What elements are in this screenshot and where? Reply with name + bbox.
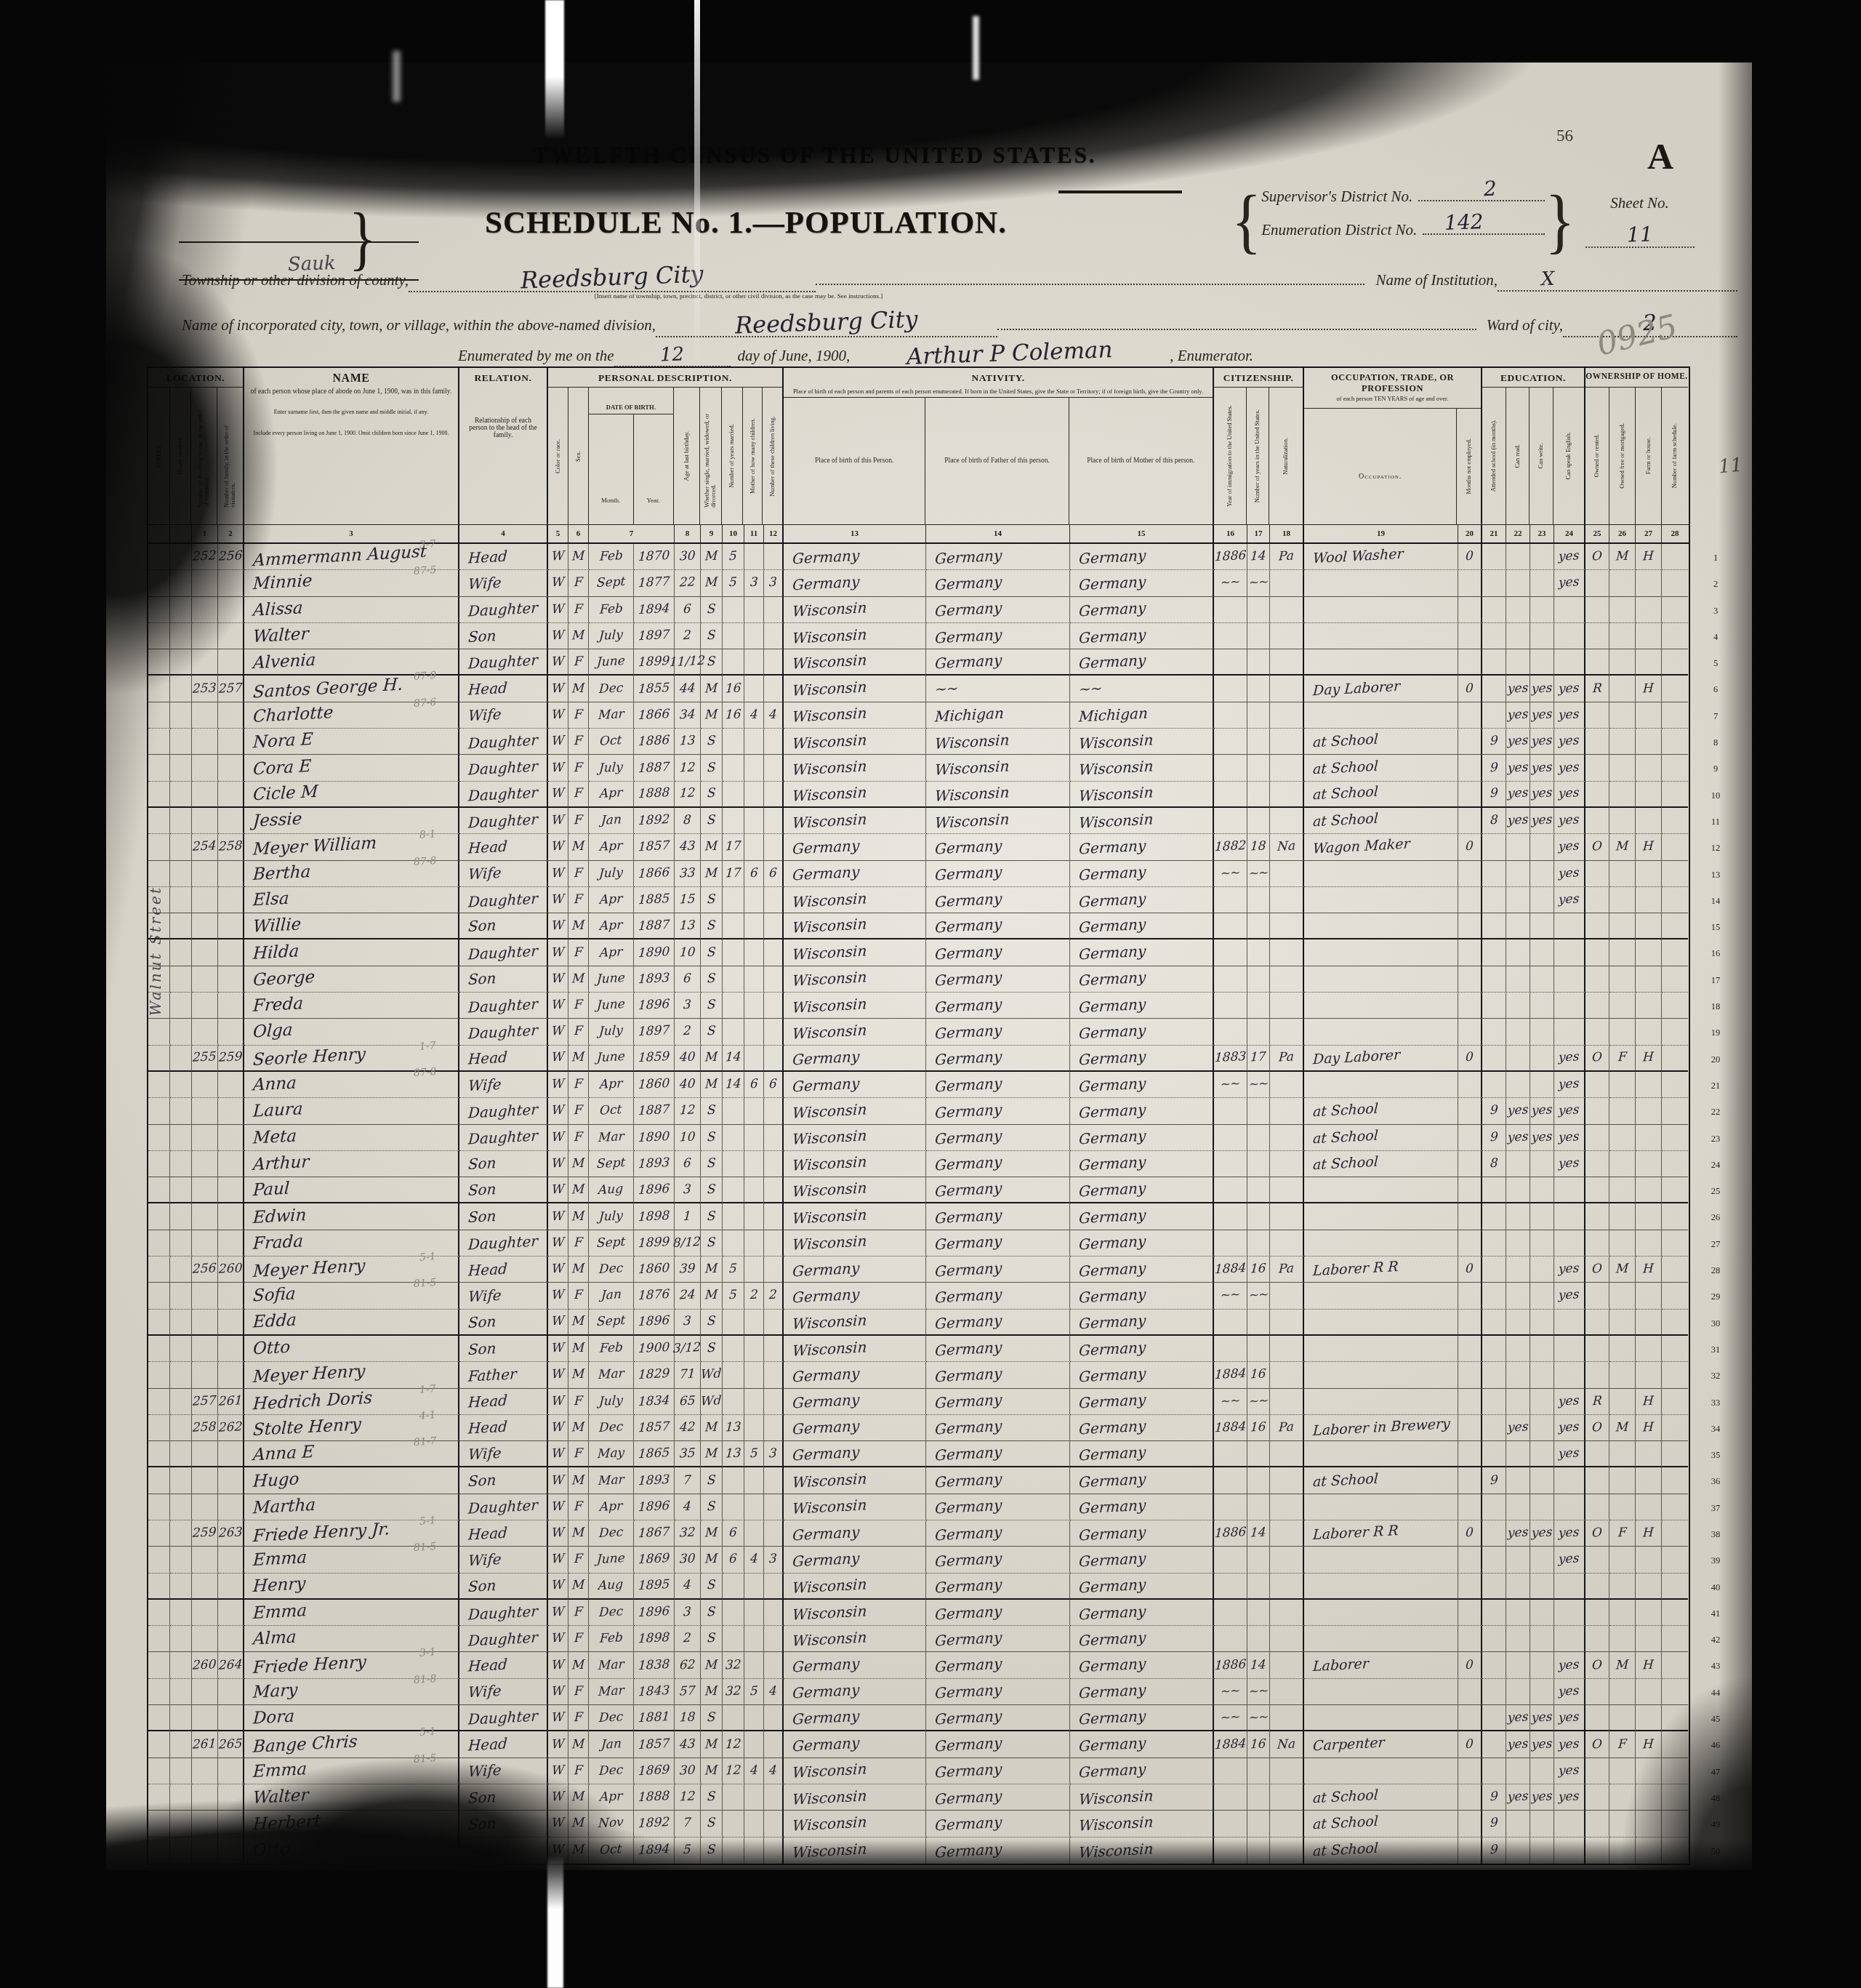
cell-relation: Daughter bbox=[459, 1494, 548, 1520]
cell-can-write bbox=[1530, 993, 1554, 1019]
open-brace: { bbox=[1231, 180, 1261, 263]
cell-birth-month: Feb bbox=[589, 544, 634, 570]
cell-pob-father: Germany bbox=[926, 623, 1070, 649]
value-age: 1 bbox=[683, 1210, 692, 1223]
value-free-mortgaged: M bbox=[1615, 1659, 1628, 1672]
col-pob-person: Place of birth of this Person. bbox=[784, 398, 925, 524]
cell-dwelling-number bbox=[192, 966, 218, 993]
cell-naturalization bbox=[1270, 1151, 1304, 1177]
cell-can-speak bbox=[1554, 913, 1585, 939]
cell-pob-father: ~~ bbox=[926, 676, 1070, 702]
value-mother-of-children: 5 bbox=[749, 1447, 758, 1460]
cell-years-married: 5 bbox=[723, 570, 744, 596]
cell-street bbox=[148, 1600, 170, 1626]
value-pob-person: Wisconsin bbox=[792, 1022, 867, 1041]
value-name: Friede Henry bbox=[253, 1654, 367, 1676]
cell-dwelling-number bbox=[192, 993, 218, 1019]
cell-months-not-employed bbox=[1458, 1441, 1482, 1467]
cell-years-in-us bbox=[1247, 1758, 1270, 1784]
cell-relation: Head bbox=[459, 1520, 548, 1547]
value-name: Alvenia bbox=[252, 652, 316, 673]
value-name: Alma bbox=[252, 1630, 297, 1648]
cell-dwelling-number bbox=[192, 1336, 218, 1362]
value-pob-person: Wisconsin bbox=[792, 811, 867, 830]
cell-years-married bbox=[723, 1362, 744, 1388]
cell-months-not-employed bbox=[1458, 570, 1482, 596]
cell-street bbox=[148, 1362, 170, 1388]
cell-can-read: yes bbox=[1506, 1125, 1530, 1151]
cell-occupation: at School bbox=[1304, 1151, 1458, 1177]
cell-can-speak: yes bbox=[1554, 808, 1585, 834]
value-years-in-us: 16 bbox=[1250, 1368, 1267, 1382]
row-number: 31 bbox=[1700, 1336, 1732, 1363]
cell-family-number bbox=[218, 1600, 244, 1626]
cell-occupation bbox=[1304, 1679, 1458, 1705]
cell-years-in-us bbox=[1247, 1467, 1270, 1494]
cell-street bbox=[148, 1151, 170, 1177]
col-sex: Sex. bbox=[568, 388, 589, 524]
cell-family-number bbox=[218, 1758, 244, 1784]
value-can-speak: yes bbox=[1559, 1447, 1580, 1461]
cell-free-mortgaged bbox=[1609, 861, 1636, 887]
value-birth-month: Jan bbox=[600, 1289, 622, 1303]
value-age: 12 bbox=[679, 1790, 696, 1803]
cell-farm-house bbox=[1636, 808, 1662, 834]
cell-dwelling-number bbox=[192, 1310, 218, 1336]
cell-immigration-year bbox=[1214, 1600, 1247, 1626]
value-birth-year: 1887 bbox=[638, 761, 670, 774]
cell-can-write bbox=[1530, 861, 1554, 887]
cell-children-living: 3 bbox=[764, 570, 784, 596]
value-color: W bbox=[551, 1579, 564, 1592]
cell-relation: Son bbox=[459, 1467, 548, 1494]
cell-occupation bbox=[1304, 993, 1458, 1019]
cell-months-not-employed bbox=[1458, 623, 1482, 649]
cell-pob-person: Germany bbox=[784, 1731, 926, 1757]
value-occupation: Wool Washer bbox=[1313, 548, 1404, 566]
cell-pob-mother: Germany bbox=[1070, 1098, 1214, 1124]
cell-relation: Head bbox=[459, 1415, 548, 1441]
cell-naturalization bbox=[1270, 1574, 1304, 1600]
cell-naturalization bbox=[1270, 623, 1304, 649]
cell-immigration-year bbox=[1214, 1151, 1247, 1177]
cell-pob-father: Germany bbox=[926, 1600, 1070, 1626]
cell-family-number bbox=[218, 649, 244, 676]
cell-can-write bbox=[1530, 1441, 1554, 1467]
cell-occupation bbox=[1304, 1389, 1458, 1415]
value-family-number: 265 bbox=[218, 1738, 242, 1752]
cell-months-not-employed bbox=[1458, 782, 1482, 808]
cell-years-married bbox=[723, 1019, 744, 1045]
cell-months-not-employed bbox=[1458, 887, 1482, 913]
row-number: 25 bbox=[1700, 1178, 1732, 1204]
value-pob-person: Germany bbox=[792, 1736, 860, 1754]
cell-school-months bbox=[1482, 887, 1506, 913]
cell-years-married bbox=[723, 1177, 744, 1203]
cell-can-read: yes bbox=[1506, 755, 1530, 781]
value-pob-person: Germany bbox=[792, 548, 860, 566]
cell-family-number bbox=[218, 1467, 244, 1494]
cell-house-number bbox=[170, 1072, 192, 1098]
cell-relation: Son bbox=[459, 1151, 548, 1177]
cell-family-number bbox=[218, 861, 244, 887]
cell-pob-mother: Germany bbox=[1070, 1731, 1214, 1757]
value-marital-status: S bbox=[707, 1500, 716, 1513]
cell-street bbox=[148, 1310, 170, 1336]
cell-farm-schedule bbox=[1662, 887, 1688, 913]
row-number: 16 bbox=[1700, 940, 1732, 966]
cell-can-speak bbox=[1554, 1467, 1585, 1494]
value-pob-person: Wisconsin bbox=[792, 758, 867, 777]
street-name: Walnut Street bbox=[147, 886, 164, 1016]
cell-occupation: at School bbox=[1304, 1125, 1458, 1151]
cell-sex: M bbox=[568, 1310, 589, 1336]
cell-mother-of-children bbox=[744, 1600, 764, 1626]
value-years-married: 17 bbox=[725, 841, 741, 854]
cell-sex: F bbox=[568, 1125, 589, 1151]
value-pob-mother: Germany bbox=[1079, 1603, 1146, 1622]
cell-pob-mother: Wisconsin bbox=[1070, 782, 1214, 808]
cell-immigration-year bbox=[1214, 1310, 1247, 1336]
cell-sex: M bbox=[568, 1177, 589, 1203]
value-relation: Daughter bbox=[468, 1630, 539, 1648]
value-color: W bbox=[551, 919, 564, 932]
cell-can-speak: yes bbox=[1554, 1098, 1585, 1124]
cell-farm-house bbox=[1636, 1310, 1662, 1336]
value-marital-status: M bbox=[704, 1051, 718, 1065]
value-years-in-us: ~~ bbox=[1248, 1395, 1268, 1408]
cell-school-months bbox=[1482, 1494, 1506, 1520]
cell-can-read bbox=[1506, 570, 1530, 596]
value-birth-month: Apr bbox=[599, 946, 622, 960]
cell-immigration-year bbox=[1214, 1203, 1247, 1230]
cell-pob-person: Germany bbox=[784, 1547, 926, 1573]
cell-family-number bbox=[218, 1151, 244, 1177]
value-pob-person: Wisconsin bbox=[792, 1762, 867, 1780]
value-can-write: yes bbox=[1531, 1711, 1552, 1725]
cell-birth-month: July bbox=[589, 1203, 634, 1230]
cell-can-write bbox=[1530, 1758, 1554, 1784]
value-owned-rented: R bbox=[1592, 1395, 1602, 1408]
cell-pob-father: Germany bbox=[926, 966, 1070, 993]
cell-farm-house bbox=[1636, 913, 1662, 939]
cell-sex: F bbox=[568, 1679, 589, 1705]
cell-immigration-year bbox=[1214, 1336, 1247, 1362]
value-school-months: 9 bbox=[1490, 735, 1498, 748]
cell-school-months: 9 bbox=[1482, 1098, 1506, 1124]
cell-can-write bbox=[1530, 623, 1554, 649]
cell-sex: F bbox=[568, 1230, 589, 1256]
cell-can-write bbox=[1530, 1230, 1554, 1256]
series-letter: A bbox=[1647, 135, 1673, 177]
cell-color: W bbox=[548, 1125, 568, 1151]
cell-house-number bbox=[170, 1283, 192, 1309]
cell-sex: F bbox=[568, 1389, 589, 1415]
row-number: 22 bbox=[1700, 1099, 1732, 1125]
cell-free-mortgaged bbox=[1609, 1362, 1636, 1388]
cell-birth-year: 1876 bbox=[634, 1283, 675, 1309]
cell-house-number bbox=[170, 544, 192, 570]
row-number: 34 bbox=[1700, 1416, 1732, 1442]
cell-school-months bbox=[1482, 1679, 1506, 1705]
value-farm-house: H bbox=[1643, 1422, 1655, 1435]
cell-relation: Daughter bbox=[459, 782, 548, 808]
cell-naturalization bbox=[1270, 1652, 1304, 1678]
cell-school-months bbox=[1482, 1415, 1506, 1441]
col-family-number: Number of family, in the order of visita… bbox=[217, 388, 243, 524]
cell-school-months bbox=[1482, 1389, 1506, 1415]
cell-pob-person: Wisconsin bbox=[784, 1837, 926, 1864]
cell-naturalization bbox=[1270, 1520, 1304, 1547]
cell-birth-year: 1896 bbox=[634, 1310, 675, 1336]
value-pob-father: Germany bbox=[935, 1630, 1002, 1648]
cell-mother-of-children: 4 bbox=[744, 702, 764, 729]
cell-can-speak bbox=[1554, 623, 1585, 649]
cell-pob-person: Wisconsin bbox=[784, 755, 926, 781]
cell-relation: Wife bbox=[459, 1547, 548, 1573]
cell-name: Sofia81-5 bbox=[244, 1283, 459, 1309]
value-marital-status: S bbox=[707, 735, 716, 748]
cell-can-read: yes bbox=[1506, 702, 1530, 729]
cell-farm-schedule bbox=[1662, 939, 1688, 966]
cell-occupation bbox=[1304, 1310, 1458, 1336]
cell-can-write bbox=[1530, 939, 1554, 966]
cell-street bbox=[148, 649, 170, 676]
cell-color: W bbox=[548, 993, 568, 1019]
cell-farm-house: H bbox=[1636, 834, 1662, 860]
cell-age: 34 bbox=[675, 702, 701, 729]
value-birth-month: Feb bbox=[599, 603, 623, 617]
cell-pob-father: Germany bbox=[926, 1731, 1070, 1757]
cell-pob-mother: Germany bbox=[1070, 1203, 1214, 1230]
cell-can-speak: yes bbox=[1554, 1784, 1585, 1811]
cell-free-mortgaged bbox=[1609, 1283, 1636, 1309]
township-note: [Insert name of township, town, precinct… bbox=[411, 292, 1066, 300]
cell-age: 6 bbox=[675, 966, 701, 993]
cell-marital-status: S bbox=[701, 782, 723, 808]
value-birth-month: Oct bbox=[600, 1105, 622, 1118]
value-age: 30 bbox=[679, 1764, 696, 1777]
cell-free-mortgaged bbox=[1609, 1679, 1636, 1705]
value-immigration-year: ~~ bbox=[1221, 1289, 1240, 1302]
cell-naturalization: Na bbox=[1270, 834, 1304, 860]
cell-mother-of-children bbox=[744, 939, 764, 966]
value-pob-person: Germany bbox=[792, 1445, 860, 1463]
value-name: Martha bbox=[252, 1497, 315, 1518]
value-marital-status: M bbox=[704, 1659, 718, 1672]
cell-years-in-us bbox=[1247, 729, 1270, 755]
row-number: 46 bbox=[1700, 1732, 1732, 1758]
row-number: 50 bbox=[1700, 1838, 1732, 1864]
cell-occupation bbox=[1304, 1362, 1458, 1388]
cell-family-number bbox=[218, 570, 244, 596]
value-color: W bbox=[551, 894, 564, 907]
value-pob-mother: Germany bbox=[1079, 1366, 1146, 1384]
value-pob-person: Wisconsin bbox=[792, 706, 867, 724]
cell-family-number bbox=[218, 1125, 244, 1151]
cell-name: Edda bbox=[244, 1310, 459, 1336]
cell-years-in-us bbox=[1247, 1837, 1270, 1864]
cell-naturalization bbox=[1270, 861, 1304, 887]
cell-marital-status: M bbox=[701, 702, 723, 729]
cell-can-speak bbox=[1554, 993, 1585, 1019]
cell-mother-of-children bbox=[744, 1019, 764, 1045]
cell-can-write: yes bbox=[1530, 1520, 1554, 1547]
cell-relation: Father bbox=[459, 1362, 548, 1388]
value-pob-person: Wisconsin bbox=[792, 1498, 867, 1516]
value-birth-month: Sept bbox=[596, 576, 625, 590]
cell-dwelling-number bbox=[192, 1125, 218, 1151]
cell-color: W bbox=[548, 913, 568, 939]
value-relation: Daughter bbox=[468, 653, 539, 671]
value-family-number: 260 bbox=[218, 1262, 242, 1276]
value-pob-father: Germany bbox=[935, 574, 1002, 592]
cell-farm-house bbox=[1636, 1072, 1662, 1098]
cell-naturalization: Na bbox=[1270, 1731, 1304, 1757]
value-age: 12 bbox=[679, 787, 696, 801]
cell-birth-year: 1897 bbox=[634, 623, 675, 649]
value-dwelling-number: 253 bbox=[193, 682, 217, 696]
cell-owned-rented bbox=[1585, 887, 1609, 913]
cell-occupation: at School bbox=[1304, 729, 1458, 755]
value-color: W bbox=[551, 1236, 564, 1249]
cell-immigration-year bbox=[1214, 729, 1247, 755]
cell-pob-father: Germany bbox=[926, 1758, 1070, 1784]
cell-color: W bbox=[548, 782, 568, 808]
cell-occupation bbox=[1304, 702, 1458, 729]
value-pob-father: Wisconsin bbox=[935, 811, 1010, 830]
value-color: W bbox=[551, 1738, 564, 1751]
cell-months-not-employed bbox=[1458, 1362, 1482, 1388]
value-pob-mother: Germany bbox=[1079, 1075, 1146, 1094]
cell-color: W bbox=[548, 1256, 568, 1283]
cell-color: W bbox=[548, 1230, 568, 1256]
value-color: W bbox=[551, 708, 564, 721]
cell-birth-month: May bbox=[589, 1441, 634, 1467]
value-dwelling-number: 254 bbox=[193, 841, 217, 854]
cell-pob-mother: Germany bbox=[1070, 1389, 1214, 1415]
cell-pob-person: Wisconsin bbox=[784, 1203, 926, 1230]
cell-years-married bbox=[723, 1389, 744, 1415]
cell-pob-person: Wisconsin bbox=[784, 1310, 926, 1336]
cell-marital-status: M bbox=[701, 1652, 723, 1678]
cell-owned-rented bbox=[1585, 755, 1609, 781]
cell-years-married bbox=[723, 808, 744, 834]
cell-years-in-us bbox=[1247, 597, 1270, 623]
value-age: 2 bbox=[683, 630, 692, 643]
value-marital-status: M bbox=[704, 867, 718, 880]
cell-birth-month: Sept bbox=[589, 1151, 634, 1177]
column-numbers: 1 2 3 4 5 6 7 8 9 10 11 12 13 14 15 16 1… bbox=[148, 525, 1689, 544]
value-pob-father: Germany bbox=[935, 1075, 1002, 1094]
cell-years-married bbox=[723, 1705, 744, 1731]
close-brace: } bbox=[1545, 180, 1575, 263]
cell-months-not-employed bbox=[1458, 1336, 1482, 1362]
cell-can-speak bbox=[1554, 1626, 1585, 1652]
value-can-write: yes bbox=[1531, 1105, 1552, 1118]
col-color: Color or race. bbox=[548, 388, 568, 524]
cell-occupation bbox=[1304, 1547, 1458, 1573]
value-color: W bbox=[551, 1315, 564, 1328]
supervisors-district-value: 2 bbox=[1484, 177, 1498, 201]
cell-can-read bbox=[1506, 1046, 1530, 1072]
cell-age: 2 bbox=[675, 1626, 701, 1652]
cell-color: W bbox=[548, 861, 568, 887]
cell-years-in-us bbox=[1247, 755, 1270, 781]
value-birth-year: 1895 bbox=[638, 1579, 670, 1592]
header-relation: RELATION. Relationship of each person to… bbox=[459, 368, 548, 524]
cell-pob-person: Wisconsin bbox=[784, 1336, 926, 1362]
cell-age: 33 bbox=[675, 861, 701, 887]
pencil-annotation: 8-1 bbox=[419, 828, 437, 841]
cell-school-months: 9 bbox=[1482, 1784, 1506, 1811]
cell-owned-rented bbox=[1585, 623, 1609, 649]
cell-house-number bbox=[170, 1098, 192, 1124]
cell-mother-of-children bbox=[744, 887, 764, 913]
value-can-read: yes bbox=[1507, 1526, 1528, 1540]
cell-can-write bbox=[1530, 966, 1554, 993]
cell-pob-person: Germany bbox=[784, 1046, 926, 1072]
cell-years-married bbox=[723, 1811, 744, 1837]
cell-street bbox=[148, 1679, 170, 1705]
value-pob-father: Germany bbox=[935, 1709, 1002, 1727]
cell-birth-month: Feb bbox=[589, 1626, 634, 1652]
cell-farm-house bbox=[1636, 1362, 1662, 1388]
cell-age: 3 bbox=[675, 1600, 701, 1626]
cell-months-not-employed bbox=[1458, 1151, 1482, 1177]
cell-house-number bbox=[170, 649, 192, 676]
cell-children-living: 4 bbox=[764, 1758, 784, 1784]
cell-pob-father: Wisconsin bbox=[926, 729, 1070, 755]
value-age: 3 bbox=[683, 1606, 692, 1619]
value-birth-year: 1885 bbox=[638, 893, 670, 907]
value-can-write: yes bbox=[1531, 1131, 1552, 1145]
cell-free-mortgaged bbox=[1609, 1151, 1636, 1177]
pencil-annotation: 5-1 bbox=[419, 1251, 437, 1264]
value-occupation: Laborer R R bbox=[1313, 1524, 1399, 1542]
cell-years-in-us bbox=[1247, 1019, 1270, 1045]
cell-owned-rented bbox=[1585, 1837, 1609, 1864]
value-years-in-us: 14 bbox=[1250, 550, 1267, 564]
enumerator-name: Arthur P Coleman bbox=[907, 337, 1114, 370]
value-can-read: yes bbox=[1507, 1790, 1528, 1804]
value-children-living: 4 bbox=[769, 1764, 778, 1777]
cell-owned-rented bbox=[1585, 1600, 1609, 1626]
cell-occupation bbox=[1304, 623, 1458, 649]
cell-farm-house bbox=[1636, 1098, 1662, 1124]
cell-months-not-employed bbox=[1458, 1626, 1482, 1652]
cell-farm-house: H bbox=[1636, 1389, 1662, 1415]
cell-can-write bbox=[1530, 1019, 1554, 1045]
cell-free-mortgaged bbox=[1609, 1203, 1636, 1230]
cell-school-months bbox=[1482, 1547, 1506, 1573]
cell-mother-of-children bbox=[744, 649, 764, 676]
value-pob-father: Germany bbox=[935, 1524, 1002, 1542]
cell-color: W bbox=[548, 1098, 568, 1124]
cell-sex: F bbox=[568, 1283, 589, 1309]
value-owned-rented: O bbox=[1592, 1263, 1603, 1276]
value-name: Henry bbox=[252, 1576, 306, 1595]
value-can-speak: yes bbox=[1559, 708, 1580, 722]
cell-can-speak bbox=[1554, 1203, 1585, 1230]
cell-relation: Daughter bbox=[459, 1019, 548, 1045]
cell-can-read: yes bbox=[1506, 808, 1530, 834]
cell-pob-person: Wisconsin bbox=[784, 966, 926, 993]
cell-birth-year: 1877 bbox=[634, 570, 675, 596]
value-pob-person: Germany bbox=[792, 1049, 860, 1067]
cell-pob-person: Wisconsin bbox=[784, 729, 926, 755]
cell-pob-person: Wisconsin bbox=[784, 1125, 926, 1151]
